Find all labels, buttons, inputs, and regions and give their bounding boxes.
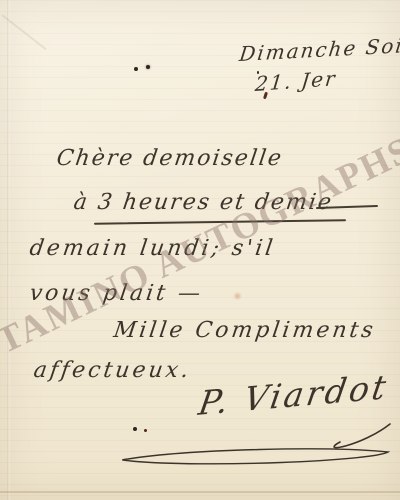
ink-dot <box>134 67 138 71</box>
signature-text: P. Viardot <box>196 367 392 423</box>
body-line-please: vous plait — <box>28 281 205 306</box>
time-line: à 3 heures et demie <box>72 190 335 215</box>
ink-dot <box>146 65 150 69</box>
salutation-line: Chère demoiselle <box>55 146 285 171</box>
body-line-tomorrow: demain lundi; s'il <box>28 236 277 261</box>
body-line-affectionate: affectueux. <box>32 358 193 383</box>
body-line-compliments: Mille Compliments <box>112 318 377 343</box>
letter-page: Dimanche Soir 21. Jer Chère demoiselle à… <box>0 0 400 500</box>
stain-spot <box>233 292 242 300</box>
ink-dot <box>257 71 259 74</box>
paper-crease-left <box>7 0 11 500</box>
ink-mark <box>263 92 268 100</box>
date-line-1: Dimanche Soir <box>238 33 400 66</box>
ink-dot <box>133 427 137 431</box>
paper-edge-bottom <box>0 491 400 493</box>
ink-dot <box>144 429 147 432</box>
time-underline-stroke <box>94 219 346 225</box>
